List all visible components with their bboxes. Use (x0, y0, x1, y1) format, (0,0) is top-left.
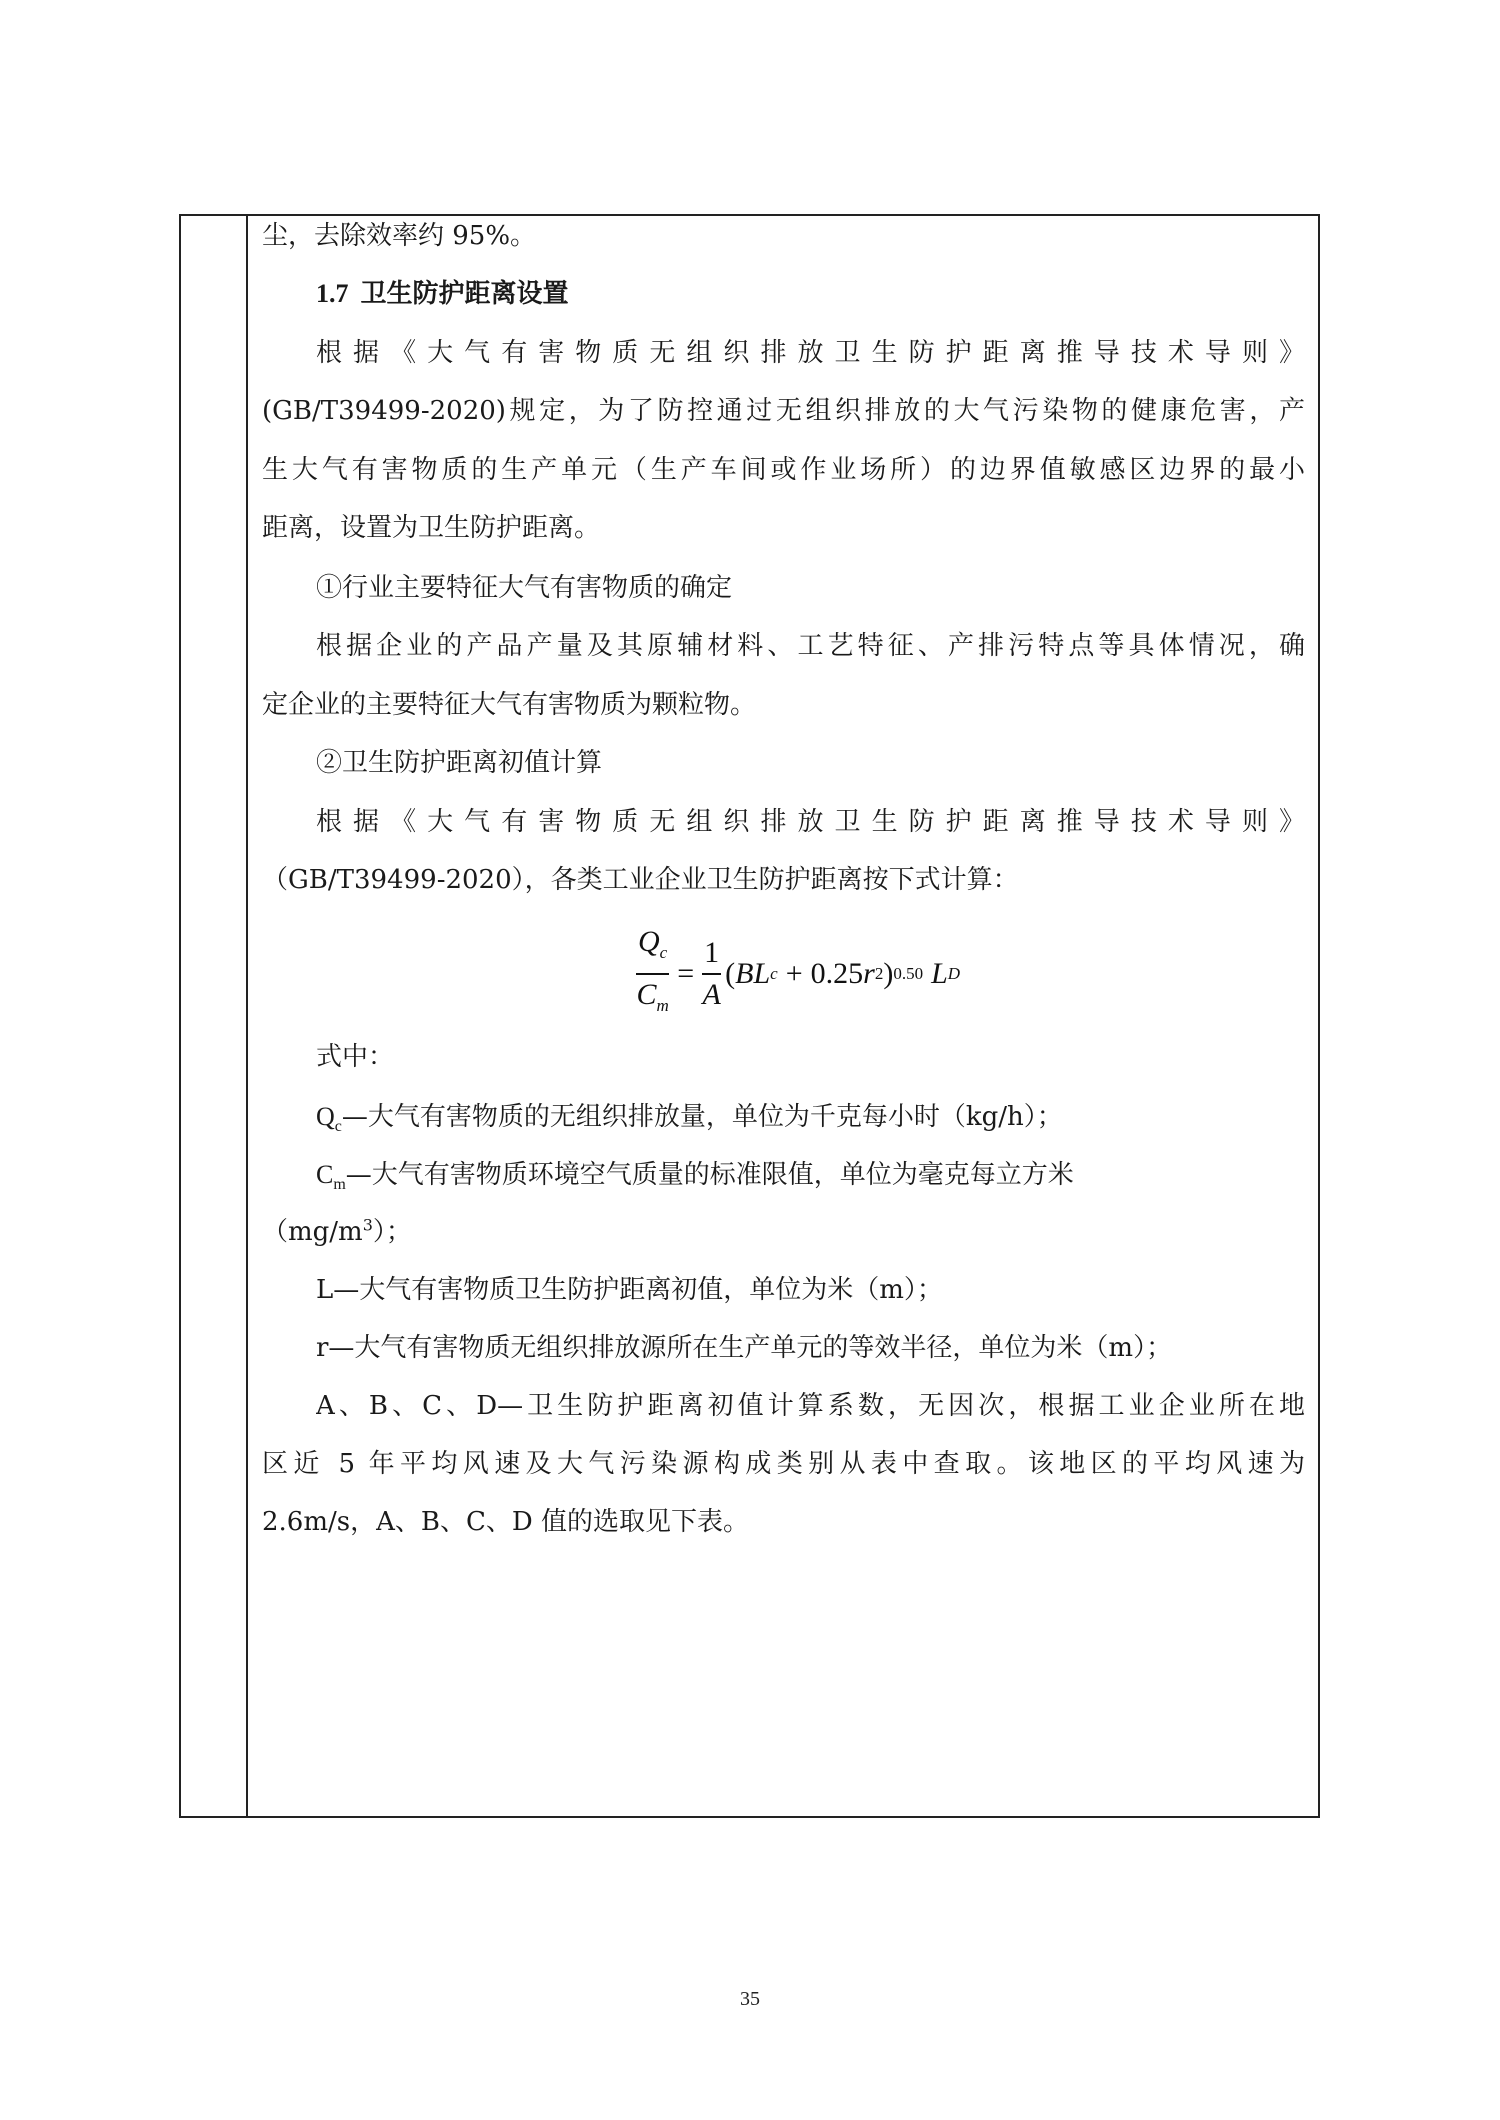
cm-unit-sup: 3 (363, 1215, 373, 1234)
formula-d-exp: D (948, 964, 960, 984)
definition-abcd: A、B、C、D—卫生防护距离初值计算系数，无因次，根据工业企业所在地 (316, 1386, 1305, 1426)
formula-one: 1 (702, 935, 721, 975)
formula-rhs-fraction: 1 A (702, 935, 721, 1013)
cm-unit-post: ）； (373, 1217, 412, 1247)
paragraph-line: 根据《大气有害物质无组织排放卫生防护距离推导技术导则》 (316, 333, 1305, 373)
section-title: 卫生防护距离设置 (361, 279, 569, 309)
cm-symbol: C (316, 1160, 333, 1189)
formula-lhs-fraction: Qc Cm (636, 924, 669, 1024)
formula-r: r (863, 957, 875, 991)
formula-b: B (735, 957, 753, 991)
formula-c: C (636, 978, 656, 1011)
formula-plus: + (786, 957, 803, 991)
section-number: 1.7 (316, 279, 349, 308)
formula-coef: 0.25 (811, 957, 864, 991)
formula-q-sub: c (660, 943, 668, 962)
definition-l: L—大气有害物质卫生防护距离初值，单位为米（m）； (316, 1270, 1305, 1310)
qc-symbol: Q (316, 1102, 335, 1131)
definition-abcd-cont: 区近 5 年平均风速及大气污染源构成类别从表中查取。该地区的平均风速为 (262, 1444, 1305, 1484)
section-heading: 1.7卫生防护距离设置 (316, 274, 1305, 314)
formula-l2: L (931, 957, 948, 991)
page-number: 35 (0, 1988, 1500, 2011)
table-column-divider (246, 214, 248, 1818)
paragraph-continuation: 尘，去除效率约 95%。 (262, 216, 1305, 256)
cm-sub: m (333, 1176, 345, 1193)
cm-unit-pre: （mg/m (262, 1217, 363, 1247)
paragraph-line: 根据企业的产品产量及其原辅材料、工艺特征、产排污特点等具体情况，确 (316, 626, 1305, 666)
subsection-item-1: ①行业主要特征大气有害物质的确定 (316, 568, 1305, 608)
formula-c-exp: c (770, 964, 778, 984)
paragraph-line: 距离，设置为卫生防护距离。 (262, 508, 1305, 548)
paragraph-line: 定企业的主要特征大气有害物质为颗粒物。 (262, 685, 1305, 725)
definition-abcd-end: 2.6m/s，A、B、C、D 值的选取见下表。 (262, 1502, 1305, 1542)
definition-cm: Cm—大气有害物质环境空气质量的标准限值，单位为毫克每立方米 (316, 1155, 1305, 1195)
formula-paren-open: ( (725, 957, 735, 991)
definitions-label: 式中： (316, 1037, 1305, 1077)
formula-r-exp: 2 (875, 964, 884, 984)
paragraph-line: 生大气有害物质的生产单元（生产车间或作业场所）的边界值敏感区边界的最小 (262, 450, 1305, 490)
formula-c-sub: m (656, 996, 668, 1015)
cm-description: —大气有害物质环境空气质量的标准限值，单位为毫克每立方米 (346, 1160, 1074, 1190)
qc-description: —大气有害物质的无组织排放量，单位为千克每小时（kg/h）； (342, 1102, 1063, 1132)
formula-l: L (753, 957, 770, 991)
paragraph-line: (GB/T39499-2020)规定，为了防控通过无组织排放的大气污染物的健康危… (262, 391, 1305, 431)
definition-r: r—大气有害物质无组织排放源所在生产单元的等效半径，单位为米（m）； (316, 1328, 1305, 1368)
paragraph-line: （GB/T39499-2020），各类工业企业卫生防护距离按下式计算： (262, 860, 1305, 900)
formula: Qc Cm = 1 A ( BLc + 0.25r2 )0.50 LD (632, 928, 960, 1020)
formula-q: Q (638, 925, 660, 958)
formula-paren-close: ) (883, 957, 893, 991)
formula-a: A (702, 975, 720, 1013)
subsection-item-2: ②卫生防护距离初值计算 (316, 743, 1305, 783)
document-page: 尘，去除效率约 95%。 1.7卫生防护距离设置 根据《大气有害物质无组织排放卫… (0, 0, 1500, 2120)
definition-qc: Qc—大气有害物质的无组织排放量，单位为千克每小时（kg/h）； (316, 1097, 1305, 1137)
definition-cm-unit: （mg/m3）； (262, 1212, 1305, 1252)
formula-equals: = (677, 957, 694, 991)
paragraph-line: 根据《大气有害物质无组织排放卫生防护距离推导技术导则》 (316, 802, 1305, 842)
formula-outer-exp: 0.50 (893, 964, 923, 984)
qc-sub: c (335, 1118, 342, 1135)
